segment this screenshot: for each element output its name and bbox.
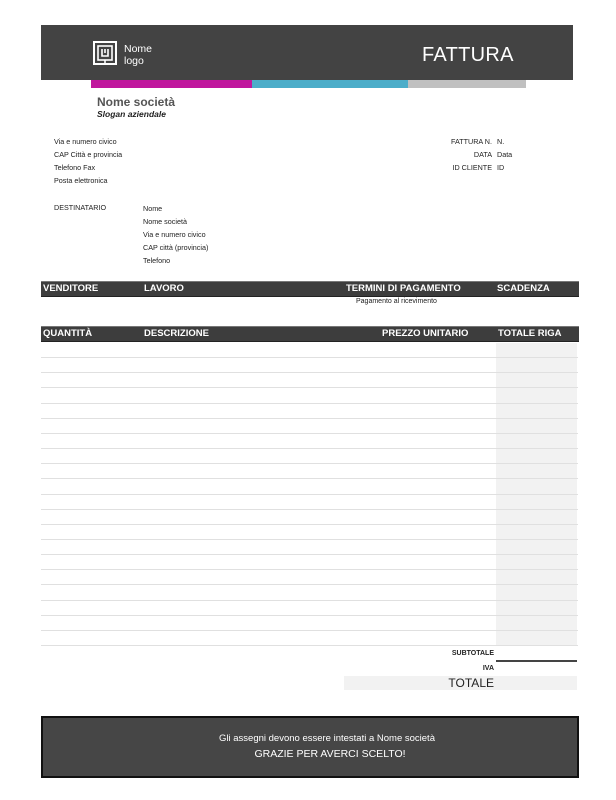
table-row-divider: [41, 357, 578, 358]
table-row-divider: [41, 448, 578, 449]
table-row-divider: [41, 433, 578, 434]
table-row-divider: [41, 509, 578, 510]
recipient-block: Nome Nome società Via e numero civico CA…: [143, 202, 208, 267]
recipient-label: DESTINATARIO: [54, 201, 106, 214]
address-line: Posta elettronica: [54, 174, 122, 187]
col-vendor: VENDITORE: [43, 283, 98, 294]
footer-band: Gli assegni devono essere intestati a No…: [41, 716, 579, 778]
meta-customer-id: ID CLIENTE ID: [420, 161, 512, 174]
accent-bar-magenta: [91, 80, 252, 88]
items-table-header: QUANTITÀ DESCRIZIONE PREZZO UNITARIO TOT…: [41, 326, 579, 342]
footer-thanks: GRAZIE PER AVERCI SCELTO!: [43, 748, 577, 760]
footer-payable-note: Gli assegni devono essere intestati a No…: [43, 733, 577, 744]
accent-bar-gray: [408, 80, 526, 88]
table-row-divider: [41, 600, 578, 601]
table-row-divider: [41, 478, 578, 479]
table-row-divider: [41, 615, 578, 616]
table-row-divider: [41, 403, 578, 404]
table-row-divider: [41, 524, 578, 525]
col-quantity: QUANTITÀ: [43, 328, 92, 339]
table-row-divider: [41, 569, 578, 570]
items-table-body: [41, 343, 578, 646]
total-label: TOTALE: [394, 676, 494, 690]
document-title: FATTURA: [422, 44, 514, 67]
recipient-line: CAP città (provincia): [143, 241, 208, 254]
col-line-total: TOTALE RIGA: [498, 328, 562, 339]
recipient-line: Via e numero civico: [143, 228, 208, 241]
subtotal-field[interactable]: [496, 660, 577, 662]
col-due-date: SCADENZA: [497, 283, 550, 294]
logo-text: Nome logo: [124, 43, 152, 67]
company-address: Via e numero civico CAP Città e provinci…: [54, 135, 122, 187]
table-row-divider: [41, 418, 578, 419]
table-row-divider: [41, 584, 578, 585]
col-payment-terms: TERMINI DI PAGAMENTO: [346, 283, 461, 294]
table-row-divider: [41, 494, 578, 495]
company-name: Nome società: [97, 95, 175, 109]
subtotal-label: SUBTOTALE: [394, 650, 494, 657]
table-row-divider: [41, 463, 578, 464]
table-row-divider: [41, 554, 578, 555]
table-row-divider: [41, 387, 578, 388]
meta-date: DATA Data: [420, 148, 512, 161]
table-row-divider: [41, 630, 578, 631]
address-line: Telefono Fax: [54, 161, 122, 174]
recipient-line: Nome società: [143, 215, 208, 228]
invoice-meta: FATTURA N. N. DATA Data ID CLIENTE ID: [420, 135, 512, 174]
table-row-divider: [41, 372, 578, 373]
table-row-divider: [41, 645, 578, 646]
recipient-line: Telefono: [143, 254, 208, 267]
meta-invoice-number: FATTURA N. N.: [420, 135, 512, 148]
logo-icon: [93, 41, 117, 65]
address-line: CAP Città e provincia: [54, 148, 122, 161]
table-row-divider: [41, 539, 578, 540]
col-job: LAVORO: [144, 283, 184, 294]
recipient-line: Nome: [143, 202, 208, 215]
company-slogan: Slogan aziendale: [97, 109, 166, 119]
vat-label: IVA: [394, 665, 494, 672]
col-unit-price: PREZZO UNITARIO: [382, 328, 468, 339]
col-description: DESCRIZIONE: [144, 328, 209, 339]
terms-table-header: VENDITORE LAVORO TERMINI DI PAGAMENTO SC…: [41, 281, 579, 297]
accent-bar-cyan: [252, 80, 408, 88]
address-line: Via e numero civico: [54, 135, 122, 148]
payment-terms-value: Pagamento al ricevimento: [356, 298, 437, 305]
